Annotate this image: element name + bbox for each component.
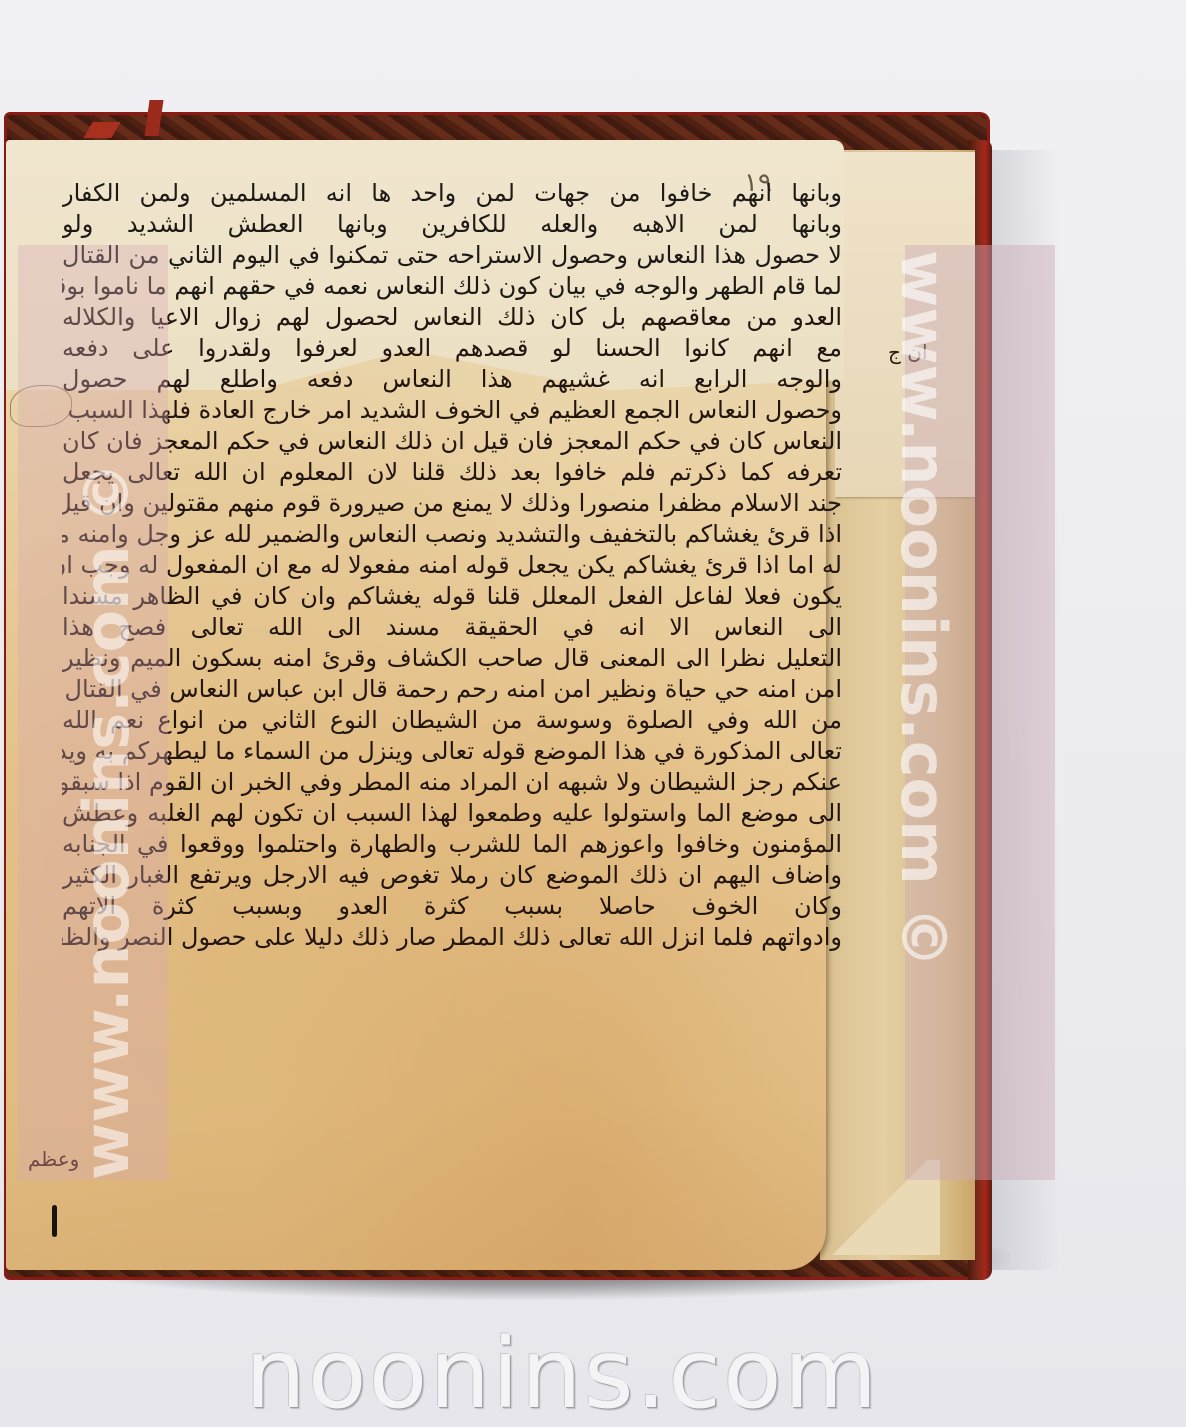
manuscript-text: وبانها انهم خافوا من جهات لمن واحد ها ان… <box>62 178 842 953</box>
text-line: التعليل نظرا الى المعنى قال صاحب الكشاف … <box>62 643 842 674</box>
text-line: وكان الخوف حاصلا بسبب كثرة العدو وبسبب ك… <box>62 891 842 922</box>
text-line: الى النعاس الا انه في الحقيقة مسند الى ا… <box>62 612 842 643</box>
text-line: امن امنه حي حياة ونظير امن امنه رحم رحمة… <box>62 674 842 705</box>
text-line: العدو من معاقصهم بل كان ذلك النعاس لحصول… <box>62 302 842 333</box>
text-line: والوجه الرابع انه غشيهم هذا النعاس دفعه … <box>62 364 842 395</box>
text-line: لما قام الطهر والوجه في بيان كون ذلك الن… <box>62 271 842 302</box>
ink-mark <box>52 1205 57 1237</box>
text-line: الى موضع الما واستولوا عليه وطمعوا لهذا … <box>62 798 842 829</box>
text-line: وبانها انهم خافوا من جهات لمن واحد ها ان… <box>62 178 842 209</box>
text-line: النعاس كان في حكم المعجز فان قيل ان ذلك … <box>62 426 842 457</box>
text-line: جند الاسلام مظفرا منصورا وذلك لا يمنع من… <box>62 488 842 519</box>
text-line: يكون فعلا لفاعل الفعل المعلل قلنا قوله ي… <box>62 581 842 612</box>
text-line: من الله وفي الصلوة وسوسة من الشيطان النو… <box>62 705 842 736</box>
text-line: اذا قرئ يغشاكم بالتخفيف والتشديد ونصب ال… <box>62 519 842 550</box>
text-line: عنكم رجز الشيطان ولا شبهه ان المراد منه … <box>62 767 842 798</box>
watermark-vertical-left: www.noonins.com © <box>70 462 143 1180</box>
watermark-bottom: noonins.com <box>245 1318 865 1427</box>
text-line: المؤمنون وخافوا واعوزهم الما للشرب والطه… <box>62 829 842 860</box>
text-line: وادواتهم فلما انزل الله تعالى ذلك المطر … <box>62 922 842 953</box>
text-line: له اما اذا قرئ يغشاكم يكن يجعل قوله امنه… <box>62 550 842 581</box>
text-line: وحصول النعاس الجمع العظيم في الخوف الشدي… <box>62 395 842 426</box>
text-line: لا حصول هذا النعاس وحصول الاستراحه حتى ت… <box>62 240 842 271</box>
text-line: وبانها لمن الاهبه والعله للكافرين وبانها… <box>62 209 842 240</box>
text-line: واضاف اليهم ان ذلك الموضع كان رملا تغوص … <box>62 860 842 891</box>
text-line: مع انهم كانوا الحسنا لو قصدهم العدو لعرف… <box>62 333 842 364</box>
text-line: تعرفه كما ذكرتم فلم خافوا بعد ذلك قلنا ل… <box>62 457 842 488</box>
text-line: تعالى المذكورة في هذا الموضع قوله تعالى … <box>62 736 842 767</box>
watermark-vertical-right: www.noonins.com © <box>887 250 960 968</box>
